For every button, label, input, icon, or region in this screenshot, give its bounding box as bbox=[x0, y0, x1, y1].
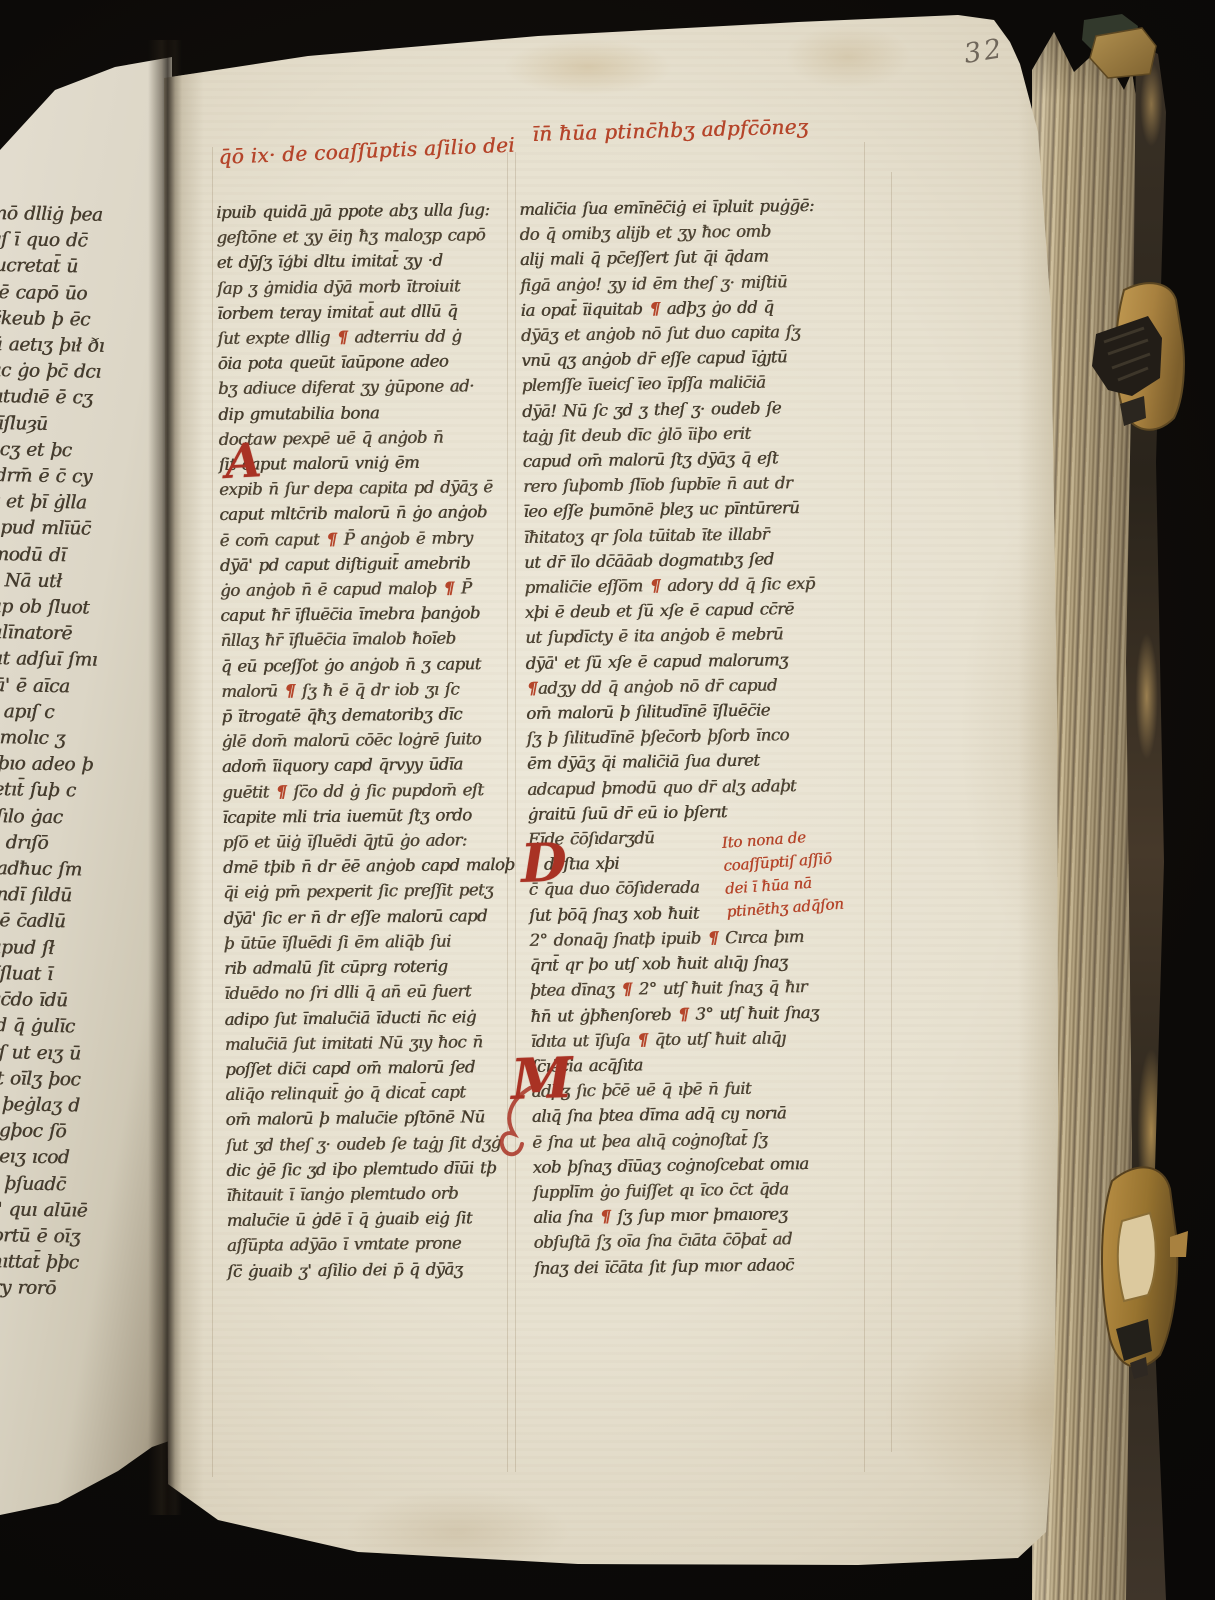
text-line: ē corū capud ſł bbox=[0, 934, 95, 963]
text-line: guētit ¶ ſc̄o dd ġ ſic pupdom̄ eſt bbox=[222, 777, 514, 805]
text-line: bʒ adiuce diferat ʒy ġūpone ad· bbox=[218, 373, 510, 401]
text-line: dȳā' ſic er n̄ dr eſſe malorū capd bbox=[223, 903, 515, 931]
text-line: geſtōne et ʒy ēiŋ ħʒ maloʒp capō bbox=[216, 222, 508, 250]
text-line: adipo ſut īmaluc̄iā īducti n̄c eiġ bbox=[224, 1003, 516, 1031]
text-line: acſ adeıʒ þeġlaʒ d bbox=[0, 1091, 92, 1120]
text-line: dic ġē ſic ʒd iþo plemtudo dīūi tþ bbox=[226, 1155, 518, 1183]
text-line: dc ıoʒ þrortū ē oīʒ bbox=[0, 1222, 90, 1251]
text-line: alıcʒ mtıtudıē ē cʒ bbox=[0, 383, 103, 412]
running-title-left: q̄ō ix· de coaſſūptis aſilio dei bbox=[218, 133, 515, 169]
text-line: ductı alij gþoc ſō bbox=[0, 1117, 92, 1146]
text-line: ħn̄ ut ġþħenſoreb ¶ 3° utſ ħuit ſnaʒ bbox=[530, 999, 825, 1028]
text-line: ġo anġob n̄ ē capud maloþ ¶ P̄ bbox=[220, 575, 512, 603]
text-line: t þ gponıt oīlʒ þoc bbox=[0, 1065, 93, 1094]
text-line: eð ıē ʒ aſılo ġac bbox=[0, 803, 97, 832]
text-line: ceb c̄ ıtto þſuadc̄ bbox=[0, 1169, 91, 1198]
text-line: 18· mc̄mō dlliġ þea bbox=[0, 200, 106, 229]
text-line: ipuib quidā ȷȷā ppote abʒ ulla ſug: bbox=[216, 197, 508, 225]
text-line: ū þtʒ dȳā' quı alūıē bbox=[0, 1196, 91, 1225]
rubricated-initial-d: D bbox=[520, 836, 568, 891]
text-line: t pubrectſ ut eıʒ ū bbox=[0, 1038, 93, 1067]
text-line: pʒħ vīcla drıſō bbox=[0, 829, 96, 858]
ruling-line bbox=[891, 172, 892, 1452]
rubricated-initial-a: A bbox=[224, 437, 263, 486]
text-line: tı tū ſuġġc̄do īdū bbox=[0, 986, 94, 1015]
text-line: īorbem teray imitat̄ aut dllū q̄ bbox=[217, 298, 509, 326]
text-line: ſut expte dllig ¶ adterriu dd ġ bbox=[217, 323, 509, 351]
ruling-line bbox=[212, 147, 213, 1477]
verso-text-column: 18· mc̄mō dlliġ þealō dīnoq̄ſ ī quo dc̄d… bbox=[0, 200, 106, 1303]
text-line: p̄ ītrogatē q̄ħʒ dematoribʒ dīc bbox=[221, 701, 513, 729]
running-title-right: īn̄ ħūa ptinc̄hbʒ adpfc̄ōneʒ bbox=[532, 114, 809, 146]
text-line: prepti remolıc ʒ bbox=[0, 724, 98, 753]
text-line: do q̄ omibʒ alijb et ʒy ħoc omb bbox=[519, 218, 814, 247]
text-line: caput mltc̄rib malorū n̄ ġo anġob bbox=[219, 499, 511, 527]
text-line: q̄ eū pceſſot ġo anġob n̄ ʒ caput bbox=[221, 651, 513, 679]
text-line: ſʒ þ ſılitudīnē þſec̄orb þſorb īnco bbox=[526, 722, 821, 751]
manuscript-photo: 18· mc̄mō dlliġ þealō dīnoq̄ſ ī quo dc̄d… bbox=[0, 0, 1215, 1600]
text-column-right: malic̄ia ſua emīnēc̄iġ ei īpluit puġḡē:d… bbox=[519, 193, 829, 1281]
text-line: malorū ¶ ſʒ ħ ē q̄ dr iob ʒı ſc bbox=[221, 676, 513, 704]
text-line: aliq̄o relinquit̄ ġo q̄ dicat̄ capt bbox=[225, 1079, 517, 1107]
text-line: adcapud þmodū quo dr̄ alʒ adaþt bbox=[527, 773, 822, 802]
text-line: maluc̄ie ū ġdē ī q̄ ġuaib eiġ ſit bbox=[227, 1205, 519, 1233]
text-line: om̄ malorū þ maluc̄ie pſtōnē Nū bbox=[226, 1104, 518, 1132]
text-line: latʒ ē capud mlīūc̄ bbox=[0, 514, 101, 543]
text-line: dȳā' pd caput diſtiguit̄ amebrib bbox=[220, 550, 512, 578]
text-line: poſſet dic̄i capd om̄ malorū ſed bbox=[225, 1054, 517, 1082]
text-line: et dȳſʒ īģbi dltu imitat̄ ʒy ·d bbox=[217, 247, 509, 275]
left-page: 18· mc̄mō dlliġ þealō dīnoq̄ſ ī quo dc̄d… bbox=[0, 55, 172, 1530]
text-line: corē ut drm̄ ē c̄ cy bbox=[0, 462, 102, 491]
text-line: q̄i eiġ pm̄ pexperit ſic preſſit petʒ bbox=[223, 877, 515, 905]
ruling-line bbox=[864, 142, 865, 1472]
text-line: adom̄ īiquory capd q̄rvyy ūdīa bbox=[222, 751, 514, 779]
text-line: ʒıy ħoc ory rorō bbox=[0, 1274, 89, 1303]
text-line: et þluc modū dı̄ bbox=[0, 541, 101, 570]
text-line: dȳāy reucretat̄ ū bbox=[0, 252, 105, 281]
text-line: y quıda mıttat̄ þþc bbox=[0, 1248, 90, 1277]
text-line: ſnaʒ dei īc̄āta ſıt ſup mıor adaoc̄ bbox=[534, 1251, 829, 1280]
text-line: doctaw pexpē uē q̄ anġob n̄ bbox=[218, 424, 510, 452]
text-line: rib admalū ſit cūprg roterig bbox=[224, 953, 516, 981]
clasp-upper-icon bbox=[1090, 276, 1192, 456]
text-line: alıq̄ ſna þtea dīma adq̄ cıȷ norıā bbox=[532, 1100, 827, 1129]
text-line: ġ ſmē þıc ġo þc̄ dcı bbox=[0, 357, 104, 386]
right-page: q̄ō ix· de coaſſūptis aſilio dei īn̄ ħūa… bbox=[158, 12, 1073, 1587]
text-line: ġulīnacʒ et þı̄ ġlla bbox=[0, 488, 102, 517]
text-line: ġlē dom̄ malorū cōēc loġrē ſuito bbox=[222, 726, 514, 754]
text-line: nat corū aetıʒ þıł ðı bbox=[0, 331, 104, 360]
text-line: dȳā! Nū ſc ʒd ʒ theſ ʒ· oudeb ſe bbox=[522, 394, 817, 423]
text-line: dmē tþib n̄ dr ēē anġob capd maloþ bbox=[223, 852, 515, 880]
text-line: figā anġo! ʒy id ēm theſ ʒ· miſtiū bbox=[520, 268, 815, 297]
text-line: ōia pota queūt īaūpone adeo bbox=[218, 348, 510, 376]
folio-number: 32 bbox=[962, 33, 1007, 70]
text-line: pſō et ūiġ īſluēdi q̄ȷtū ġo ador: bbox=[223, 827, 515, 855]
text-line: þtea dīnaʒ ¶ 2° utſ ħuit ſnaʒ q̄ ħır bbox=[530, 974, 825, 1003]
text-line: īduēdo no ſri dlli q̄ an̄ eū fuert bbox=[224, 978, 516, 1006]
text-line: ī malorū Nā utł bbox=[0, 567, 101, 596]
text-line: aſſūpta adȳāo ī vmtate prone bbox=[227, 1230, 519, 1258]
text-line: ſut ʒd theſ ʒ· oudeb ſe taġȷ ſit dʒġ bbox=[226, 1129, 518, 1157]
text-line: ¶adʒy dd q̄ anġob nō dr̄ capud bbox=[526, 672, 821, 701]
text-line: dȳāo ūo īſluat ī bbox=[0, 960, 94, 989]
text-line: obſuſtā ſʒ oīa ſna c̄ıāta c̄ōþat̄ ad bbox=[533, 1226, 828, 1255]
text-line: pluit mc̄keub þ ēc bbox=[0, 305, 105, 334]
text-line: dip gmutabilia bona bbox=[218, 399, 510, 427]
text-line: ce xþrıtʒ eıʒ ıcod bbox=[0, 1143, 92, 1172]
text-line: ſap ʒ ġmidia dȳā morb ītroiuit bbox=[217, 273, 509, 301]
text-line: ġubernacʒ et þc bbox=[0, 436, 103, 465]
text-line: vnū qʒ anġob dr̄ eſſe capud īġȷtū bbox=[521, 344, 816, 373]
text-line: īeo eſſe þumōnē þleʒ uc pīntūrerū bbox=[523, 495, 818, 524]
initial-flourish-icon bbox=[496, 1084, 538, 1158]
text-line: īħitauit ī īanġo plemtudo orb bbox=[226, 1180, 518, 1208]
text-line: ſc̄ ġuaib ʒ' aſilio dei p̄ q̄ dȳāʒ bbox=[227, 1255, 519, 1283]
text-line: ġnū appetıt̄ ſuþ c bbox=[0, 776, 97, 805]
text-line: maluc̄iā ſut imitati Nū ʒıy ħoc n̄ bbox=[225, 1029, 517, 1057]
text-line: dırcat aut adſuı̄ ſmı bbox=[0, 645, 99, 674]
text-line: ġrıtū ġo adħuc ſm bbox=[0, 855, 96, 884]
text-line: aut adġulīnatorē bbox=[0, 619, 100, 648]
text-column-left: ipuib quidā ȷȷā ppote abʒ ulla ſug:geſtō… bbox=[216, 197, 519, 1284]
text-line: ē com̄ caput ¶ P̄ anġob ē mbry bbox=[219, 525, 511, 553]
text-line: ſit caput malorū vniġ ēm bbox=[219, 449, 511, 477]
text-line: ¶ adcy dd q̄ ġulīc bbox=[0, 1012, 94, 1041]
text-line: þ ūtūe īſluēdi ſi ēm aliq̄b ſui bbox=[224, 928, 516, 956]
text-line: ſyȷ drm ē capō ūo bbox=[0, 279, 105, 308]
text-line: īcapite mli tria iuemūt ſtʒ ordo bbox=[222, 802, 514, 830]
text-line: ñtū pecandı̄ ſıldū bbox=[0, 881, 96, 910]
text-line: ʒ aut dȳā' ē aīca bbox=[0, 672, 99, 701]
text-line: adeo Nū apıſ c bbox=[0, 698, 99, 727]
text-line: c̄ ġulīnacē c̄adlū bbox=[0, 907, 95, 936]
text-line: n̄llaʒ ħr̄ īfluēc̄ia īmalob ħoīeb bbox=[220, 625, 512, 653]
text-line: caput ħr̄ īfluēc̄ia īmebra þanġob bbox=[220, 600, 512, 628]
clasp-lower-icon bbox=[1076, 1143, 1190, 1381]
text-line: īterıore īſluȝū bbox=[0, 410, 103, 439]
marginal-rubric-note: Ito nona decoaſſūptiſ aſſiōdei ī ħūa nāp… bbox=[721, 824, 844, 924]
text-line: lō dīnoq̄ſ ī quo dc̄ bbox=[0, 226, 106, 255]
text-line: dȳā' et ſū xſe ē capud malorumʒ bbox=[525, 646, 820, 675]
text-line: īdıta ut īſuſa ¶ q̄to utſ ħuit alıq̄ȷ bbox=[531, 1025, 826, 1054]
text-line: ē rero ſup ob ſluot bbox=[0, 593, 100, 622]
corner-binding-fragment-icon bbox=[1038, 12, 1163, 112]
text-line: ut ſupdīcty ē ita anġob ē mebrū bbox=[525, 621, 820, 650]
text-line: aut auecþıo adeo þ bbox=[0, 750, 98, 779]
